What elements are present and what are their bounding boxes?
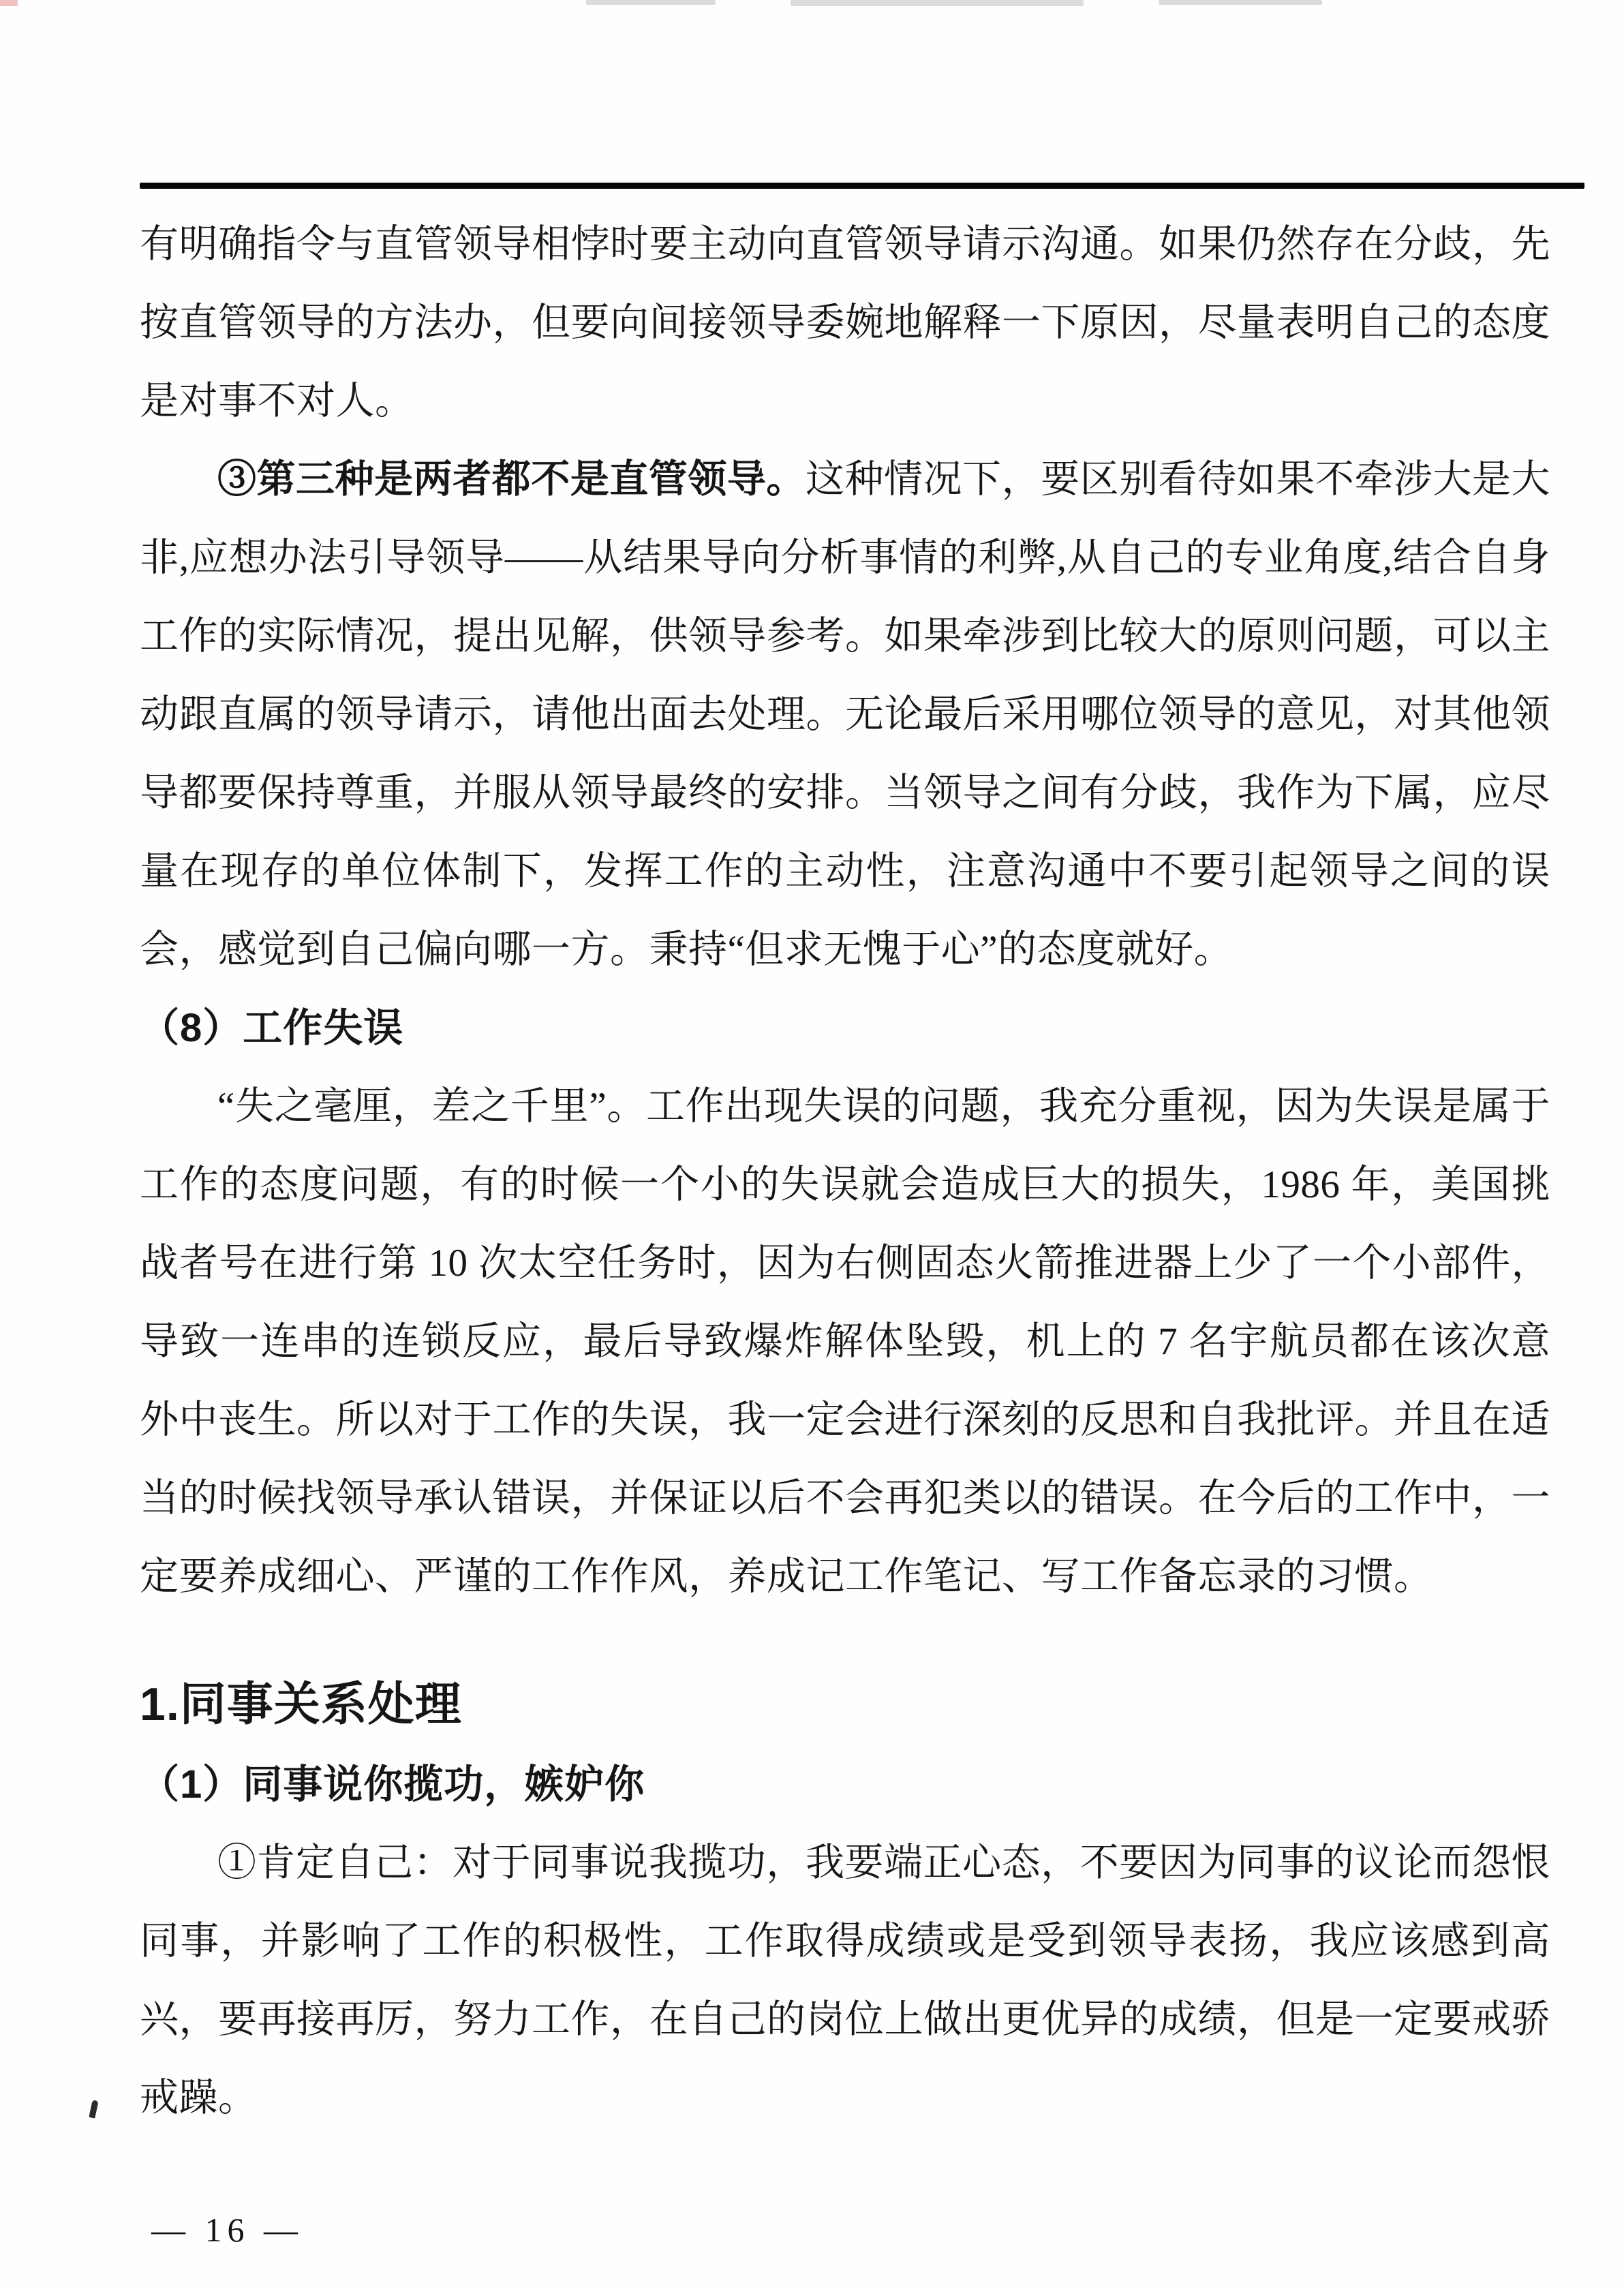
paragraph-affirm-self-text: ①肯定自己：对于同事说我揽功，我要端正心态，不要因为同事的议论而怨恨同事，并影响…	[140, 1841, 1550, 2119]
heading-colleague-credit-jealousy: （1）同事说你揽功，嫉妒你	[140, 1745, 1550, 1824]
paragraph-third-case-text: 这种情况下，要区别看待如果不牵涉大是大非,应想办法引导领导——从结果导向分析事情…	[140, 458, 1550, 971]
heading-colleague-relations: 1.同事关系处理	[140, 1663, 1550, 1745]
document-body: 有明确指令与直管领导相悖时要主动向直管领导请示沟通。如果仍然存在分歧，先按直管领…	[140, 205, 1550, 2137]
paragraph-continuation-text: 有明确指令与直管领导相悖时要主动向直管领导请示沟通。如果仍然存在分歧，先按直管领…	[140, 223, 1550, 423]
scan-edge-artifact	[586, 0, 716, 5]
paragraph-third-case: ③第三种是两者都不是直管领导。这种情况下，要区别看待如果不牵涉大是大非,应想办法…	[140, 440, 1550, 989]
page-number: — 16 —	[151, 2210, 303, 2250]
ink-speck-artifact	[89, 2100, 98, 2118]
scan-edge-artifact	[791, 0, 1084, 6]
paragraph-work-mistakes: “失之毫厘，差之千里”。工作出现失误的问题，我充分重视，因为失误是属于工作的态度…	[140, 1067, 1550, 1616]
heading-work-mistakes: （8）工作失误	[140, 989, 1550, 1067]
paragraph-affirm-self: ①肯定自己：对于同事说我揽功，我要端正心态，不要因为同事的议论而怨恨同事，并影响…	[140, 1824, 1550, 2137]
paragraph-continuation: 有明确指令与直管领导相悖时要主动向直管领导请示沟通。如果仍然存在分歧，先按直管领…	[140, 205, 1550, 440]
scan-corner-artifact	[0, 0, 18, 6]
scan-edge-artifact	[1159, 0, 1322, 5]
paragraph-work-mistakes-text: “失之毫厘，差之千里”。工作出现失误的问题，我充分重视，因为失误是属于工作的态度…	[140, 1085, 1550, 1598]
header-rule	[140, 183, 1584, 189]
scanned-document-page: 有明确指令与直管领导相悖时要主动向直管领导请示沟通。如果仍然存在分歧，先按直管领…	[0, 0, 1624, 2287]
paragraph-third-case-lead: ③第三种是两者都不是直管领导。	[217, 457, 806, 501]
